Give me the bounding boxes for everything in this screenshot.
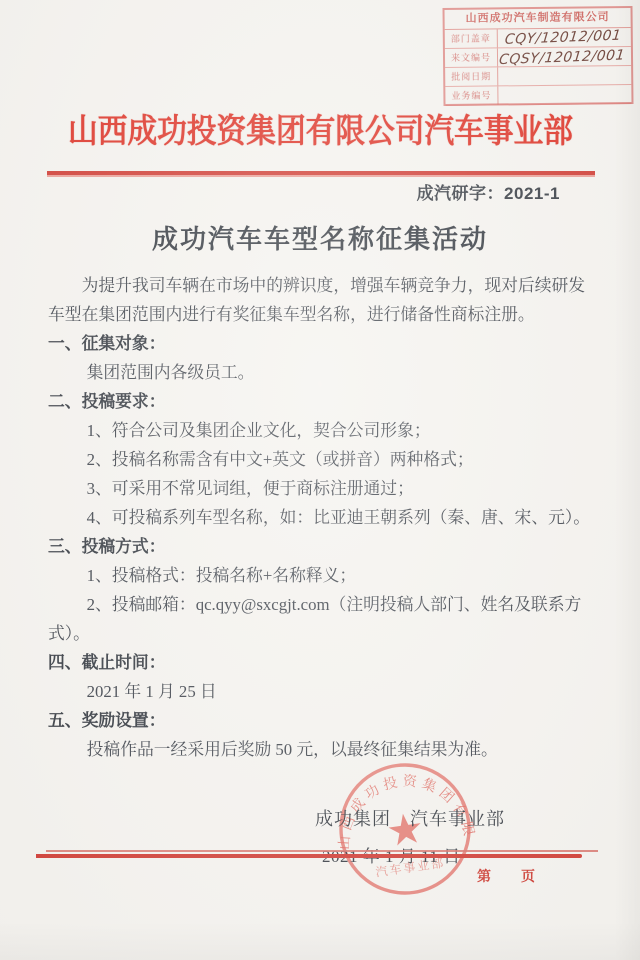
- receipt-stamp-company: 山西成功汽车制造有限公司: [445, 8, 631, 30]
- document-title: 成功汽车车型名称征集活动: [0, 219, 640, 256]
- letterhead-company-title: 山西成功投资集团有限公司汽车事业部: [0, 106, 640, 158]
- section-2-item: 3、可采用不常见词组，便于商标注册通过；: [48, 474, 598, 503]
- section-4-item: 2021 年 1 月 25 日: [48, 677, 598, 706]
- section-3-heading: 三、投稿方式：: [48, 532, 598, 561]
- letterhead-rule: [47, 171, 595, 175]
- receipt-stamp-row: 批阅日期: [445, 66, 631, 87]
- section-3-item: 2、投稿邮箱：qc.qyy@sxcgjt.com（注明投稿人部门、姓名及联系方式…: [48, 590, 598, 648]
- receipt-stamp-row-value: [498, 66, 631, 85]
- footer-page-prefix: 第: [477, 870, 491, 885]
- document-body: 为提升我司车辆在市场中的辨识度，增强车辆竞争力，现对后续研发车型在集团范围内进行…: [48, 271, 598, 764]
- receipt-stamp-row-label: 来文编号: [445, 48, 498, 67]
- footer-rule-thin: [46, 850, 598, 852]
- document-reference-number: 成汽研字：2021-1: [417, 179, 560, 204]
- letterhead-company-title-text: 山西成功投资集团有限公司汽车事业部: [68, 106, 573, 158]
- section-1-item: 集团范围内各级员工。: [48, 358, 598, 387]
- scanned-document-page: 山西成功汽车制造有限公司 部门盖章 来文编号 批阅日期 业务编号 CQY/120…: [0, 0, 640, 960]
- receipt-stamp-row: 业务编号: [445, 85, 631, 106]
- section-2-item: 1、符合公司及集团企业文化，契合公司形象；: [48, 416, 598, 445]
- section-5-item: 投稿作品一经采用后奖励 50 元，以最终征集结果为准。: [48, 735, 598, 764]
- section-1-heading: 一、征集对象：: [48, 329, 598, 358]
- receipt-stamp-row-value: [498, 85, 631, 104]
- receipt-stamp-box: 山西成功汽车制造有限公司 部门盖章 来文编号 批阅日期 业务编号 CQY/120…: [442, 6, 633, 106]
- section-3-item: 1、投稿格式：投稿名称+名称释义；: [48, 561, 598, 590]
- receipt-stamp-row-label: 部门盖章: [445, 29, 498, 48]
- section-2-item: 4、可投稿系列车型名称，如：比亚迪王朝系列（秦、唐、宋、元）。: [48, 503, 598, 532]
- intro-paragraph: 为提升我司车辆在市场中的辨识度，增强车辆竞争力，现对后续研发车型在集团范围内进行…: [48, 271, 598, 329]
- section-2-heading: 二、投稿要求：: [48, 387, 598, 416]
- section-2-item: 2、投稿名称需含有中文+英文（或拼音）两种格式；: [48, 445, 598, 474]
- receipt-stamp-row-label: 批阅日期: [445, 67, 498, 86]
- footer-page-suffix: 页: [521, 870, 535, 885]
- footer-page-number: 第页: [477, 866, 535, 886]
- section-4-heading: 四、截止时间：: [48, 648, 598, 677]
- footer-rule-thick: [36, 854, 582, 858]
- section-5-heading: 五、奖励设置：: [48, 706, 598, 735]
- receipt-stamp-row-label: 业务编号: [445, 86, 498, 105]
- signature-organization: 成功集团 汽车事业部: [315, 805, 505, 831]
